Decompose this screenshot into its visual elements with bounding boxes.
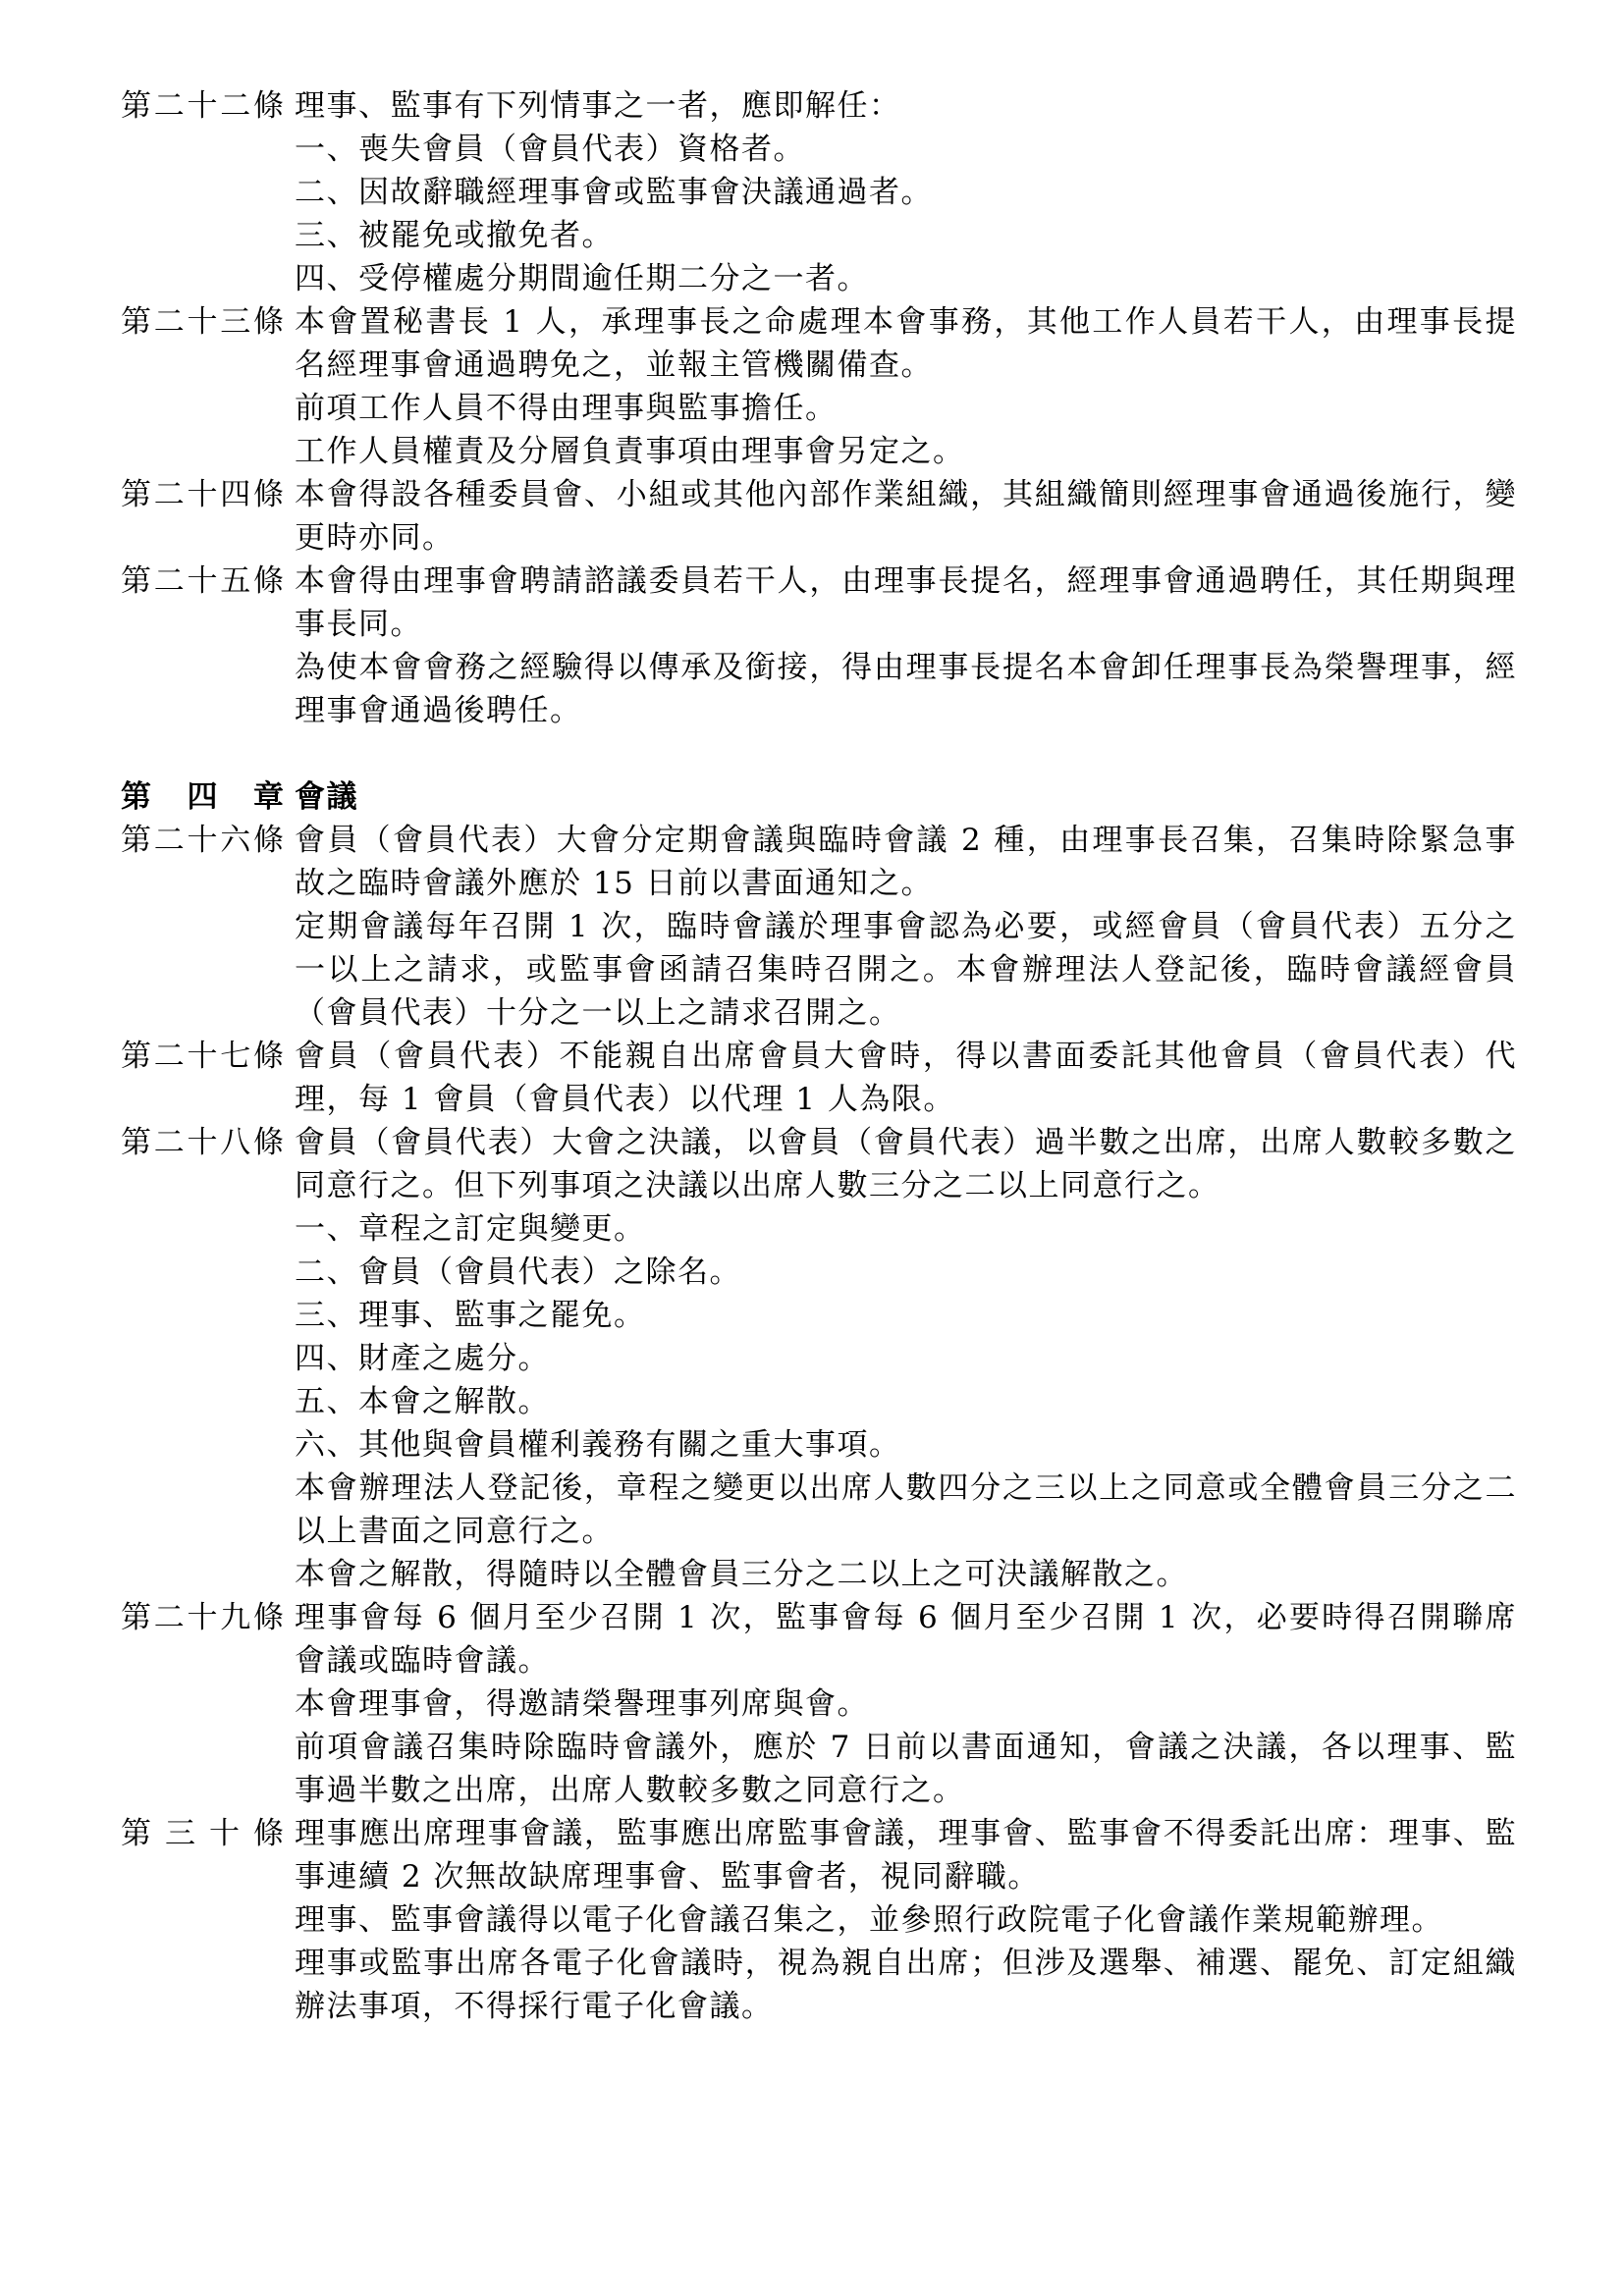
article-number: 第二十二條 [121, 84, 284, 128]
article-paragraph: 工作人員權責及分層負責事項由理事會另定之。 [295, 430, 1517, 473]
document-body: 第二十二條理事、監事有下列情事之一者，應即解任：一、喪失會員（會員代表）資格者。… [121, 84, 1517, 2028]
article-paragraph: 四、受停權處分期間逾任期二分之一者。 [295, 257, 1517, 300]
article-content: 理事應出席理事會議，監事應出席監事會議，理事會、監事會不得委託出席：理事、監事連… [295, 1812, 1517, 2028]
article-paragraph: 理事應出席理事會議，監事應出席監事會議，理事會、監事會不得委託出席：理事、監事連… [295, 1812, 1517, 1898]
article-row: 第二十八條會員（會員代表）大會之決議，以會員（會員代表）過半數之出席，出席人數較… [121, 1121, 1517, 1596]
article-row: 第三十條理事應出席理事會議，監事應出席監事會議，理事會、監事會不得委託出席：理事… [121, 1812, 1517, 2028]
article-content: 本會置秘書長 1 人，承理事長之命處理本會事務，其他工作人員若干人，由理事長提名… [295, 300, 1517, 473]
article-row: 第二十六條會員（會員代表）大會分定期會議與臨時會議 2 種，由理事長召集，召集時… [121, 819, 1517, 1035]
article-paragraph: 二、會員（會員代表）之除名。 [295, 1251, 1517, 1294]
article-paragraph: 四、財產之處分。 [295, 1337, 1517, 1380]
article-number: 第二十五條 [121, 560, 284, 603]
article-row: 第二十五條本會得由理事會聘請諮議委員若干人，由理事長提名，經理事會通過聘任，其任… [121, 560, 1517, 732]
article-paragraph: 本會辦理法人登記後，章程之變更以出席人數四分之三以上之同意或全體會員三分之二以上… [295, 1467, 1517, 1553]
article-paragraph: 二、因故辭職經理事會或監事會決議通過者。 [295, 171, 1517, 214]
article-number: 第二十四條 [121, 473, 284, 516]
article-row: 第二十三條本會置秘書長 1 人，承理事長之命處理本會事務，其他工作人員若干人，由… [121, 300, 1517, 473]
chapter-title: 會議 [295, 775, 1517, 819]
article-paragraph: 會員（會員代表）不能親自出席會員大會時，得以書面委託其他會員（會員代表）代理，每… [295, 1035, 1517, 1121]
article-content: 會員（會員代表）不能親自出席會員大會時，得以書面委託其他會員（會員代表）代理，每… [295, 1035, 1517, 1121]
article-paragraph: 前項工作人員不得由理事與監事擔任。 [295, 387, 1517, 430]
article-content: 本會得由理事會聘請諮議委員若干人，由理事長提名，經理事會通過聘任，其任期與理事長… [295, 560, 1517, 732]
article-row: 第二十九條理事會每 6 個月至少召開 1 次，監事會每 6 個月至少召開 1 次… [121, 1596, 1517, 1812]
article-paragraph: 為使本會會務之經驗得以傳承及銜接，得由理事長提名本會卸任理事長為榮譽理事，經理事… [295, 646, 1517, 732]
article-number: 第二十三條 [121, 300, 284, 344]
article-paragraph: 理事、監事有下列情事之一者，應即解任： [295, 84, 1517, 128]
article-paragraph: 六、其他與會員權利義務有關之重大事項。 [295, 1423, 1517, 1467]
chapter-number: 第四章 [121, 775, 284, 819]
article-number: 第二十六條 [121, 819, 284, 862]
article-number: 第二十八條 [121, 1121, 284, 1164]
article-paragraph: 本會之解散，得隨時以全體會員三分之二以上之可決議解散之。 [295, 1553, 1517, 1596]
article-paragraph: 理事、監事會議得以電子化會議召集之，並參照行政院電子化會議作業規範辦理。 [295, 1898, 1517, 1942]
article-paragraph: 理事會每 6 個月至少召開 1 次，監事會每 6 個月至少召開 1 次，必要時得… [295, 1596, 1517, 1682]
article-paragraph: 一、喪失會員（會員代表）資格者。 [295, 128, 1517, 171]
article-paragraph: 會員（會員代表）大會之決議，以會員（會員代表）過半數之出席，出席人數較多數之同意… [295, 1121, 1517, 1207]
article-paragraph: 三、理事、監事之罷免。 [295, 1294, 1517, 1337]
article-content: 會員（會員代表）大會之決議，以會員（會員代表）過半數之出席，出席人數較多數之同意… [295, 1121, 1517, 1596]
article-content: 理事、監事有下列情事之一者，應即解任：一、喪失會員（會員代表）資格者。二、因故辭… [295, 84, 1517, 300]
article-paragraph: 會員（會員代表）大會分定期會議與臨時會議 2 種，由理事長召集，召集時除緊急事故… [295, 819, 1517, 905]
article-number: 第三十條 [121, 1812, 284, 1855]
article-row: 第二十二條理事、監事有下列情事之一者，應即解任：一、喪失會員（會員代表）資格者。… [121, 84, 1517, 300]
article-number: 第二十九條 [121, 1596, 284, 1639]
article-paragraph: 三、被罷免或撤免者。 [295, 214, 1517, 257]
article-content: 本會得設各種委員會、小組或其他內部作業組織，其組織簡則經理事會通過後施行，變更時… [295, 473, 1517, 560]
article-paragraph: 前項會議召集時除臨時會議外，應於 7 日前以書面通知，會議之決議，各以理事、監事… [295, 1726, 1517, 1812]
article-paragraph: 五、本會之解散。 [295, 1380, 1517, 1423]
article-paragraph: 理事或監事出席各電子化會議時，視為親自出席；但涉及選舉、補選、罷免、訂定組織辦法… [295, 1942, 1517, 2028]
document-page: 第二十二條理事、監事有下列情事之一者，應即解任：一、喪失會員（會員代表）資格者。… [0, 0, 1624, 2296]
article-paragraph: 一、章程之訂定與變更。 [295, 1207, 1517, 1251]
article-paragraph: 本會置秘書長 1 人，承理事長之命處理本會事務，其他工作人員若干人，由理事長提名… [295, 300, 1517, 387]
article-paragraph: 本會得設各種委員會、小組或其他內部作業組織，其組織簡則經理事會通過後施行，變更時… [295, 473, 1517, 560]
article-paragraph: 定期會議每年召開 1 次，臨時會議於理事會認為必要，或經會員（會員代表）五分之一… [295, 905, 1517, 1035]
article-number: 第二十七條 [121, 1035, 284, 1078]
article-paragraph: 本會理事會，得邀請榮譽理事列席與會。 [295, 1682, 1517, 1726]
chapter-heading: 第四章會議 [121, 775, 1517, 819]
article-content: 會員（會員代表）大會分定期會議與臨時會議 2 種，由理事長召集，召集時除緊急事故… [295, 819, 1517, 1035]
article-paragraph: 本會得由理事會聘請諮議委員若干人，由理事長提名，經理事會通過聘任，其任期與理事長… [295, 560, 1517, 646]
article-content: 理事會每 6 個月至少召開 1 次，監事會每 6 個月至少召開 1 次，必要時得… [295, 1596, 1517, 1812]
article-row: 第二十四條本會得設各種委員會、小組或其他內部作業組織，其組織簡則經理事會通過後施… [121, 473, 1517, 560]
article-row: 第二十七條會員（會員代表）不能親自出席會員大會時，得以書面委託其他會員（會員代表… [121, 1035, 1517, 1121]
